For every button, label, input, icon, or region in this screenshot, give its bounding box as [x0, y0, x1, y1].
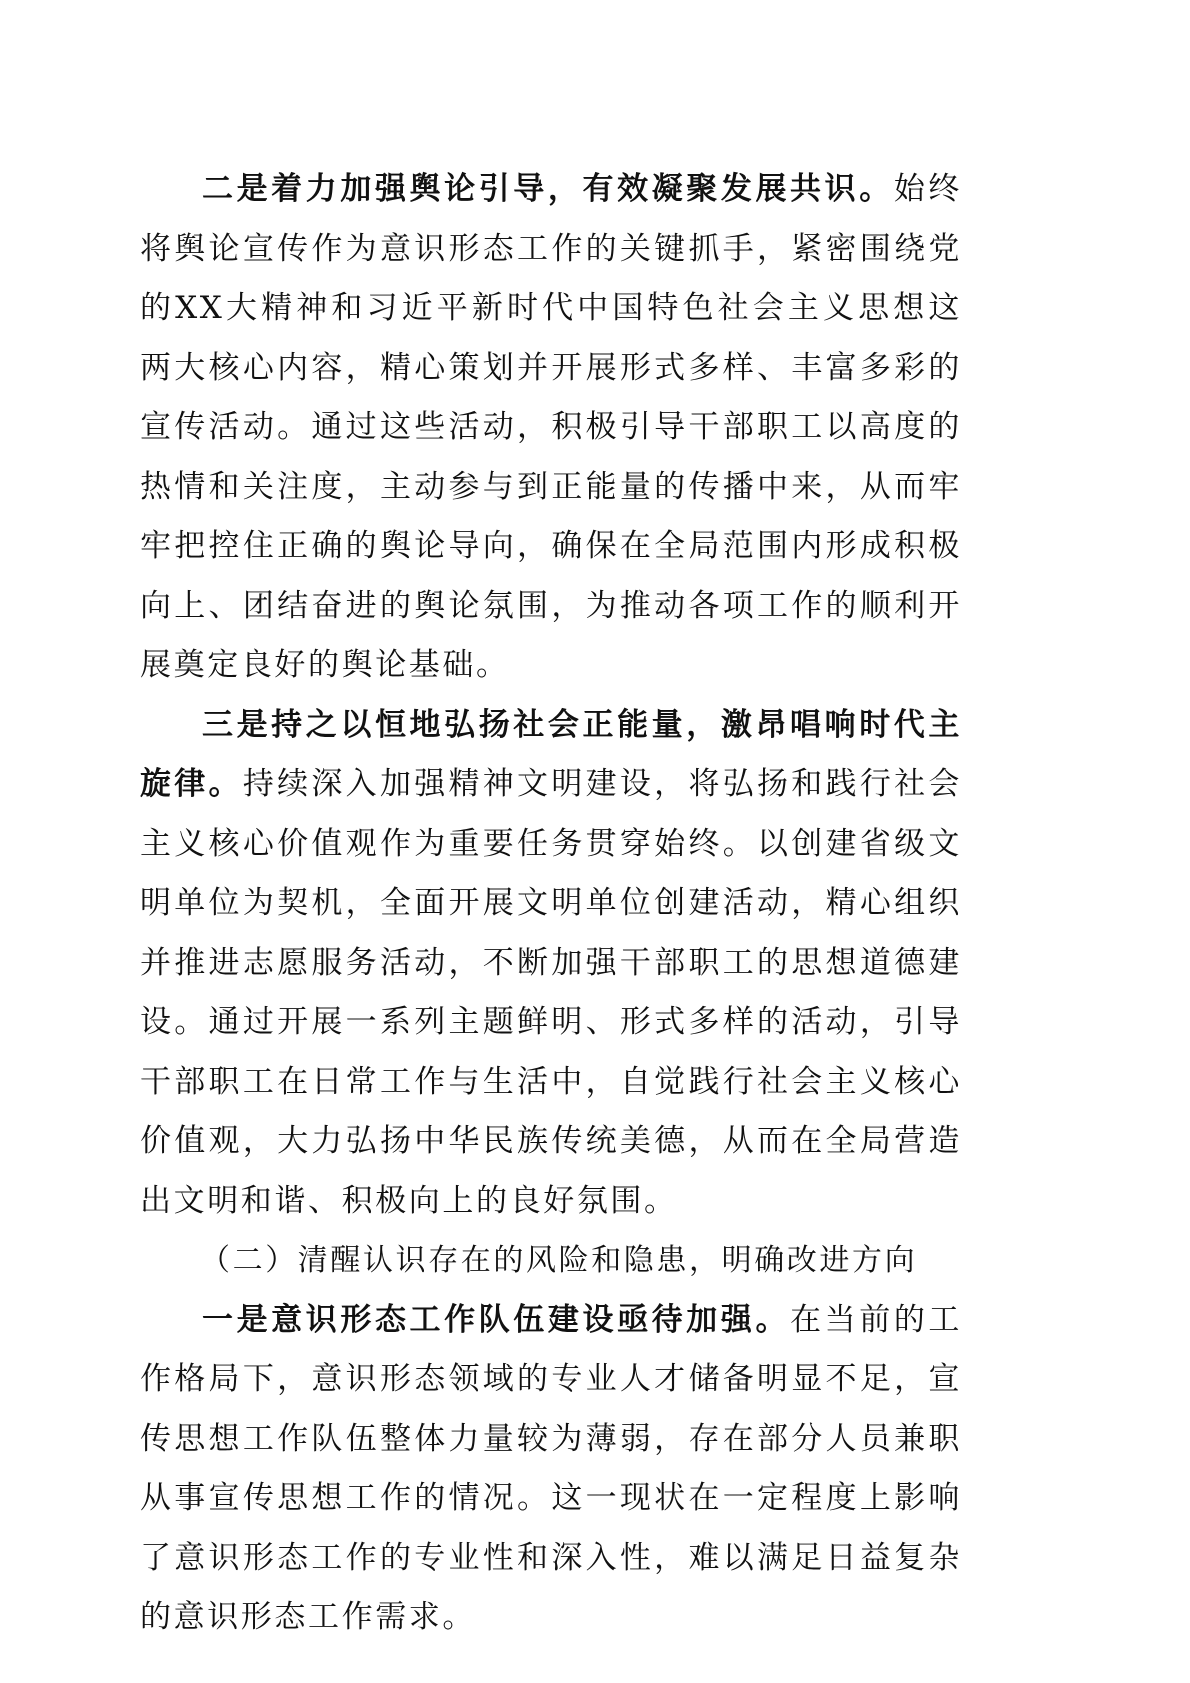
paragraph-body: 在当前的工作格局下，意识形态领域的专业人才储备明显不足，宣传思想工作队伍整体力量…: [140, 1302, 962, 1636]
section-heading-risks: （二）清醒认识存在的风险和隐患，明确改进方向: [140, 1231, 962, 1291]
paragraph-body: 持续深入加强精神文明建设，将弘扬和践行社会主义核心价值观作为重要任务贯穿始终。以…: [140, 766, 962, 1219]
paragraph-lead: 一是意识形态工作队伍建设亟待加强。: [202, 1302, 790, 1338]
paragraph-team-building: 一是意识形态工作队伍建设亟待加强。在当前的工作格局下，意识形态领域的专业人才储备…: [140, 1291, 962, 1648]
paragraph-lead: 二是着力加强舆论引导，有效凝聚发展共识。: [202, 171, 894, 207]
paragraph-positive-energy: 三是持之以恒地弘扬社会正能量，激昂唱响时代主旋律。持续深入加强精神文明建设，将弘…: [140, 696, 962, 1232]
paragraph-body: 始终将舆论宣传作为意识形态工作的关键抓手，紧密围绕党的XX大精神和习近平新时代中…: [140, 171, 962, 683]
paragraph-public-opinion-guidance: 二是着力加强舆论引导，有效凝聚发展共识。始终将舆论宣传作为意识形态工作的关键抓手…: [140, 160, 962, 696]
document-page: 二是着力加强舆论引导，有效凝聚发展共识。始终将舆论宣传作为意识形态工作的关键抓手…: [140, 160, 962, 1648]
